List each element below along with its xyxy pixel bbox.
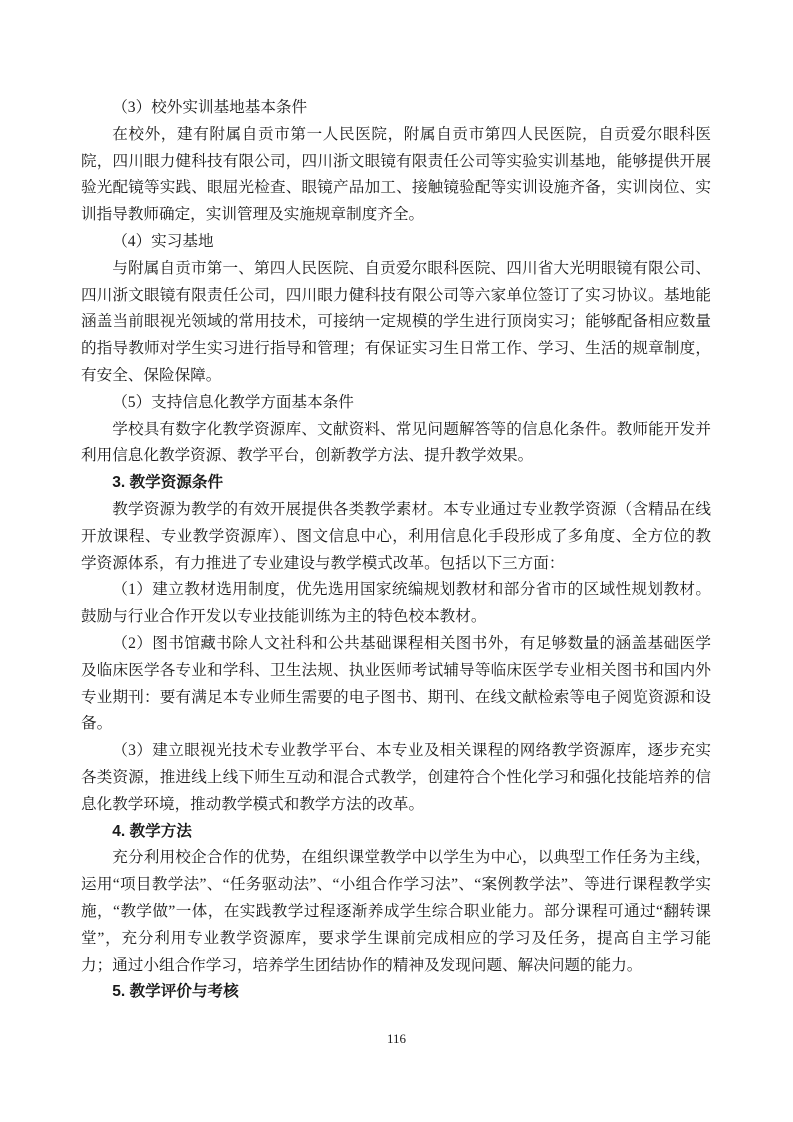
body-paragraph: 教学资源为教学的有效开展提供各类教学素材。本专业通过专业教学资源（含精品在线开放…: [81, 497, 711, 577]
body-paragraph: （2）图书馆藏书除人文社科和公共基础课程相关图书外，有足够数量的涵盖基础医学及临…: [81, 631, 711, 738]
section-heading: 3. 教学资源条件: [81, 470, 711, 497]
section-heading: 5. 教学评价与考核: [81, 979, 711, 1006]
body-paragraph: 在校外，建有附属自贡市第一人民医院，附属自贡市第四人民医院，自贡爱尔眼科医院，四…: [81, 122, 711, 229]
body-paragraph: 充分利用校企合作的优势，在组织课堂教学中以学生为中心，以典型工作任务为主线，运用…: [81, 845, 711, 979]
body-paragraph: （3）建立眼视光技术专业教学平台、本专业及相关课程的网络教学资源库，逐步充实各类…: [81, 738, 711, 818]
page-number: 116: [0, 1031, 793, 1047]
body-paragraph: 学校具有数字化教学资源库、文献资料、常见问题解答等的信息化条件。教师能开发并利用…: [81, 417, 711, 471]
body-paragraph: （1）建立教材选用制度，优先选用国家统编规划教材和部分省市的区域性规划教材。鼓励…: [81, 577, 711, 631]
section-heading: 4. 教学方法: [81, 819, 711, 846]
sub-section-heading: （4）实习基地: [81, 229, 711, 256]
body-paragraph: 与附属自贡市第一、第四人民医院、自贡爱尔眼科医院、四川省大光明眼镜有限公司、四川…: [81, 256, 711, 390]
sub-section-heading: （3）校外实训基地基本条件: [81, 95, 711, 122]
document-body: （3）校外实训基地基本条件 在校外，建有附属自贡市第一人民医院，附属自贡市第四人…: [81, 95, 711, 1006]
sub-section-heading: （5）支持信息化教学方面基本条件: [81, 390, 711, 417]
